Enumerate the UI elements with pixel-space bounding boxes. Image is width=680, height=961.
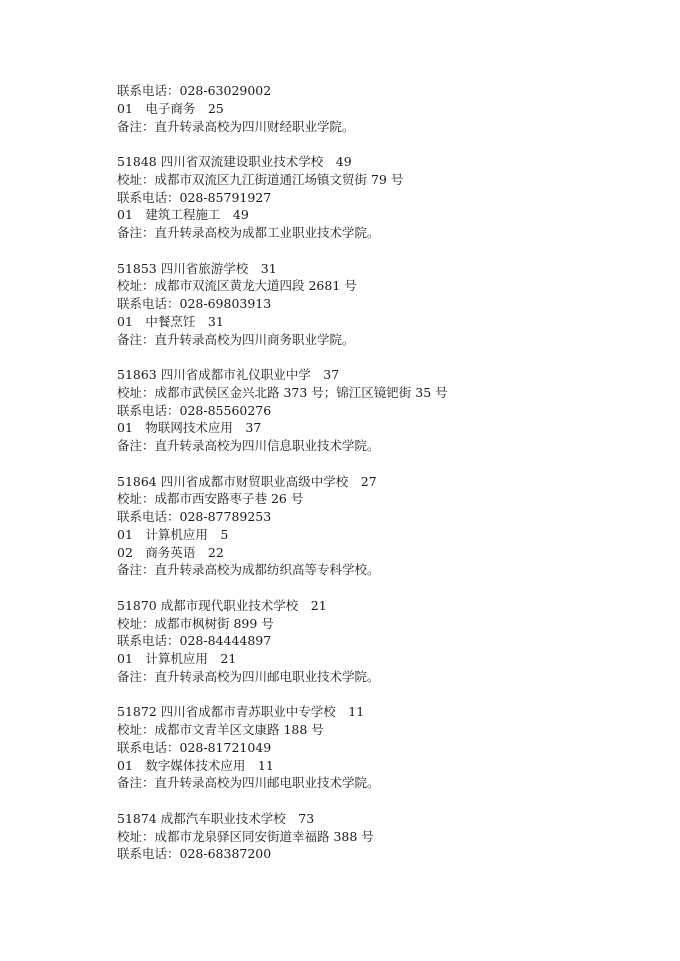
school-block: 51864 四川省成都市财贸职业高级中学校 27 校址：成都市西安路枣子巷 26… <box>117 473 637 580</box>
address-line: 校址：成都市文青羊区文康路 188 号 <box>117 721 637 739</box>
school-header: 51853 四川省旅游学校 31 <box>117 260 637 278</box>
school-block: 51848 四川省双流建设职业技术学校 49 校址：成都市双流区九江街道通江场镇… <box>117 153 637 242</box>
school-header: 51848 四川省双流建设职业技术学校 49 <box>117 153 637 171</box>
school-block: 51853 四川省旅游学校 31 校址：成都市双流区黄龙大道四段 2681 号 … <box>117 260 637 349</box>
note-line: 备注：直升转录高校为四川邮电职业技术学院。 <box>117 774 637 792</box>
major-line: 01 计算机应用 5 <box>117 526 637 544</box>
school-block: 51870 成都市现代职业技术学校 21 校址：成都市枫树街 899 号 联系电… <box>117 597 637 686</box>
note-line: 备注：直升转录高校为四川邮电职业技术学院。 <box>117 668 637 686</box>
note-line: 备注：直升转录高校为四川信息职业技术学院。 <box>117 437 637 455</box>
phone-line: 联系电话：028-69803913 <box>117 295 637 313</box>
school-header: 51863 四川省成都市礼仪职业中学 37 <box>117 366 637 384</box>
address-line: 校址：成都市枫树街 899 号 <box>117 615 637 633</box>
address-line: 校址：成都市西安路枣子巷 26 号 <box>117 490 637 508</box>
document-page: 联系电话：028-63029002 01 电子商务 25 备注：直升转录高校为四… <box>117 82 637 863</box>
major-line: 02 商务英语 22 <box>117 544 637 562</box>
address-line: 校址：成都市双流区九江街道通江场镇文贸街 79 号 <box>117 171 637 189</box>
major-line: 01 物联网技术应用 37 <box>117 419 637 437</box>
note-line: 备注：直升转录高校为成都工业职业技术学院。 <box>117 224 637 242</box>
phone-line: 联系电话：028-85791927 <box>117 189 637 207</box>
phone-line: 联系电话：028-85560276 <box>117 402 637 420</box>
school-header: 51874 成都汽车职业技术学校 73 <box>117 810 637 828</box>
address-line: 校址：成都市双流区黄龙大道四段 2681 号 <box>117 277 637 295</box>
school-block: 51874 成都汽车职业技术学校 73 校址：成都市龙泉驿区同安街道幸福路 38… <box>117 810 637 863</box>
phone-line: 联系电话：028-63029002 <box>117 82 637 100</box>
major-line: 01 数字媒体技术应用 11 <box>117 757 637 775</box>
phone-line: 联系电话：028-68387200 <box>117 845 637 863</box>
note-line: 备注：直升转录高校为四川财经职业学院。 <box>117 118 637 136</box>
major-line: 01 计算机应用 21 <box>117 650 637 668</box>
note-line: 备注：直升转录高校为四川商务职业学院。 <box>117 331 637 349</box>
school-header: 51864 四川省成都市财贸职业高级中学校 27 <box>117 473 637 491</box>
major-line: 01 电子商务 25 <box>117 100 637 118</box>
phone-line: 联系电话：028-84444897 <box>117 632 637 650</box>
intro-block: 联系电话：028-63029002 01 电子商务 25 备注：直升转录高校为四… <box>117 82 637 135</box>
phone-line: 联系电话：028-81721049 <box>117 739 637 757</box>
major-line: 01 建筑工程施工 49 <box>117 206 637 224</box>
address-line: 校址：成都市武侯区金兴北路 373 号；锦江区镜钯街 35 号 <box>117 384 637 402</box>
school-block: 51872 四川省成都市青苏职业中专学校 11 校址：成都市文青羊区文康路 18… <box>117 703 637 792</box>
address-line: 校址：成都市龙泉驿区同安街道幸福路 388 号 <box>117 828 637 846</box>
phone-line: 联系电话：028-87789253 <box>117 508 637 526</box>
school-header: 51872 四川省成都市青苏职业中专学校 11 <box>117 703 637 721</box>
school-block: 51863 四川省成都市礼仪职业中学 37 校址：成都市武侯区金兴北路 373 … <box>117 366 637 455</box>
school-header: 51870 成都市现代职业技术学校 21 <box>117 597 637 615</box>
note-line: 备注：直升转录高校为成都纺织高等专科学校。 <box>117 561 637 579</box>
major-line: 01 中餐烹饪 31 <box>117 313 637 331</box>
